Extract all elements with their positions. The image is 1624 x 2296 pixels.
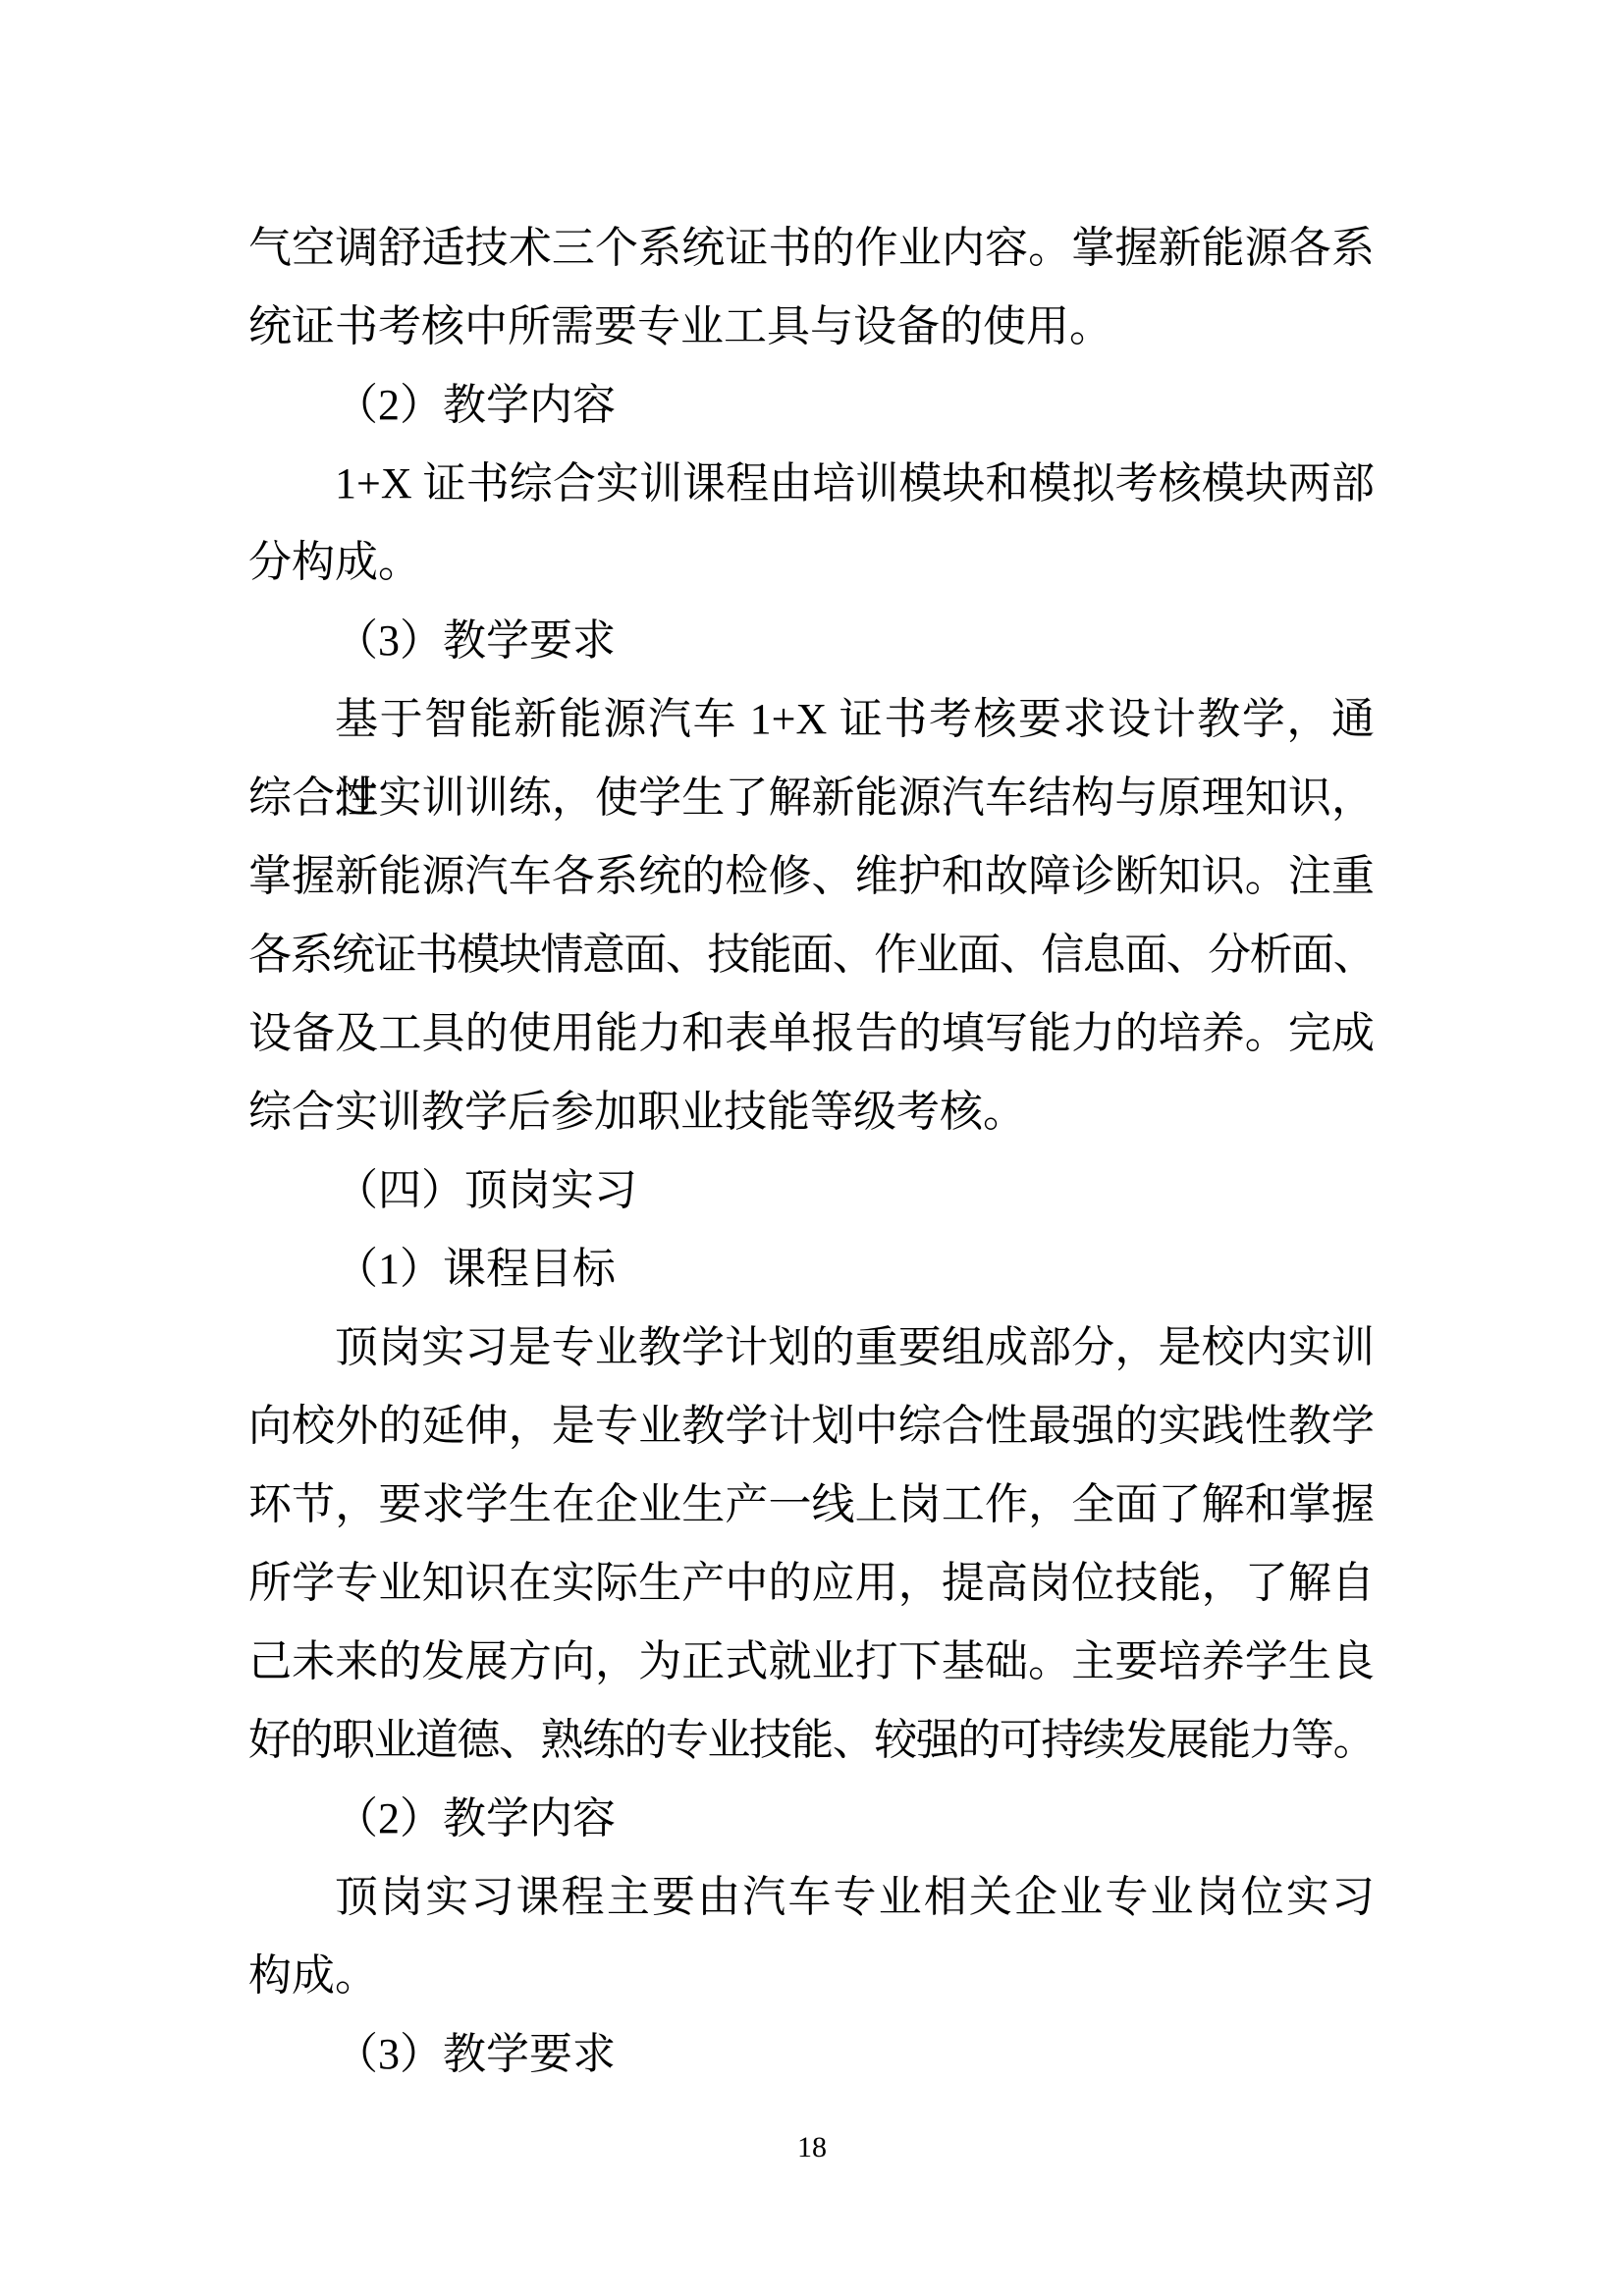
text-line: 1+X 证书综合实训课程由培训模块和模拟考核模块两部: [248, 445, 1375, 523]
text-line: 综合性实训训练，使学生了解新能源汽车结构与原理知识，: [248, 759, 1375, 837]
text-line: 所学专业知识在实际生产中的应用，提高岗位技能，了解自: [248, 1544, 1375, 1623]
text-line: 环节，要求学生在企业生产一线上岗工作，全面了解和掌握: [248, 1466, 1375, 1544]
text-line: 统证书考核中所需要专业工具与设备的使用。: [248, 288, 1375, 366]
heading-line: （3）教学要求: [248, 2015, 1375, 2094]
text-line: 好的职业道德、熟练的专业技能、较强的可持续发展能力等。: [248, 1701, 1375, 1780]
heading-line: （2）教学内容: [248, 366, 1375, 445]
heading-line: （1）课程目标: [248, 1230, 1375, 1308]
text-line: 构成。: [248, 1937, 1375, 2015]
page-number: 18: [0, 2126, 1624, 2169]
text-line: 气空调舒适技术三个系统证书的作业内容。掌握新能源各系: [248, 209, 1375, 288]
text-line: 基于智能新能源汽车 1+X 证书考核要求设计教学，通过: [248, 680, 1375, 759]
text-line: 顶岗实习课程主要由汽车专业相关企业专业岗位实习: [248, 1858, 1375, 1937]
text-line: 顶岗实习是专业教学计划的重要组成部分，是校内实训: [248, 1308, 1375, 1387]
text-line: 向校外的延伸，是专业教学计划中综合性最强的实践性教学: [248, 1387, 1375, 1466]
text-line: 掌握新能源汽车各系统的检修、维护和故障诊断知识。注重: [248, 837, 1375, 916]
text-line: 综合实训教学后参加职业技能等级考核。: [248, 1073, 1375, 1151]
text-line: 分构成。: [248, 523, 1375, 602]
text-block: 气空调舒适技术三个系统证书的作业内容。掌握新能源各系 统证书考核中所需要专业工具…: [248, 209, 1375, 2094]
document-page: 气空调舒适技术三个系统证书的作业内容。掌握新能源各系 统证书考核中所需要专业工具…: [0, 0, 1624, 2296]
text-line: 各系统证书模块情意面、技能面、作业面、信息面、分析面、: [248, 916, 1375, 994]
heading-line: （2）教学内容: [248, 1780, 1375, 1858]
text-line: 己未来的发展方向，为正式就业打下基础。主要培养学生良: [248, 1623, 1375, 1701]
text-line: 设备及工具的使用能力和表单报告的填写能力的培养。完成: [248, 994, 1375, 1073]
heading-line: （3）教学要求: [248, 602, 1375, 680]
heading-line: （四）顶岗实习: [248, 1151, 1375, 1230]
